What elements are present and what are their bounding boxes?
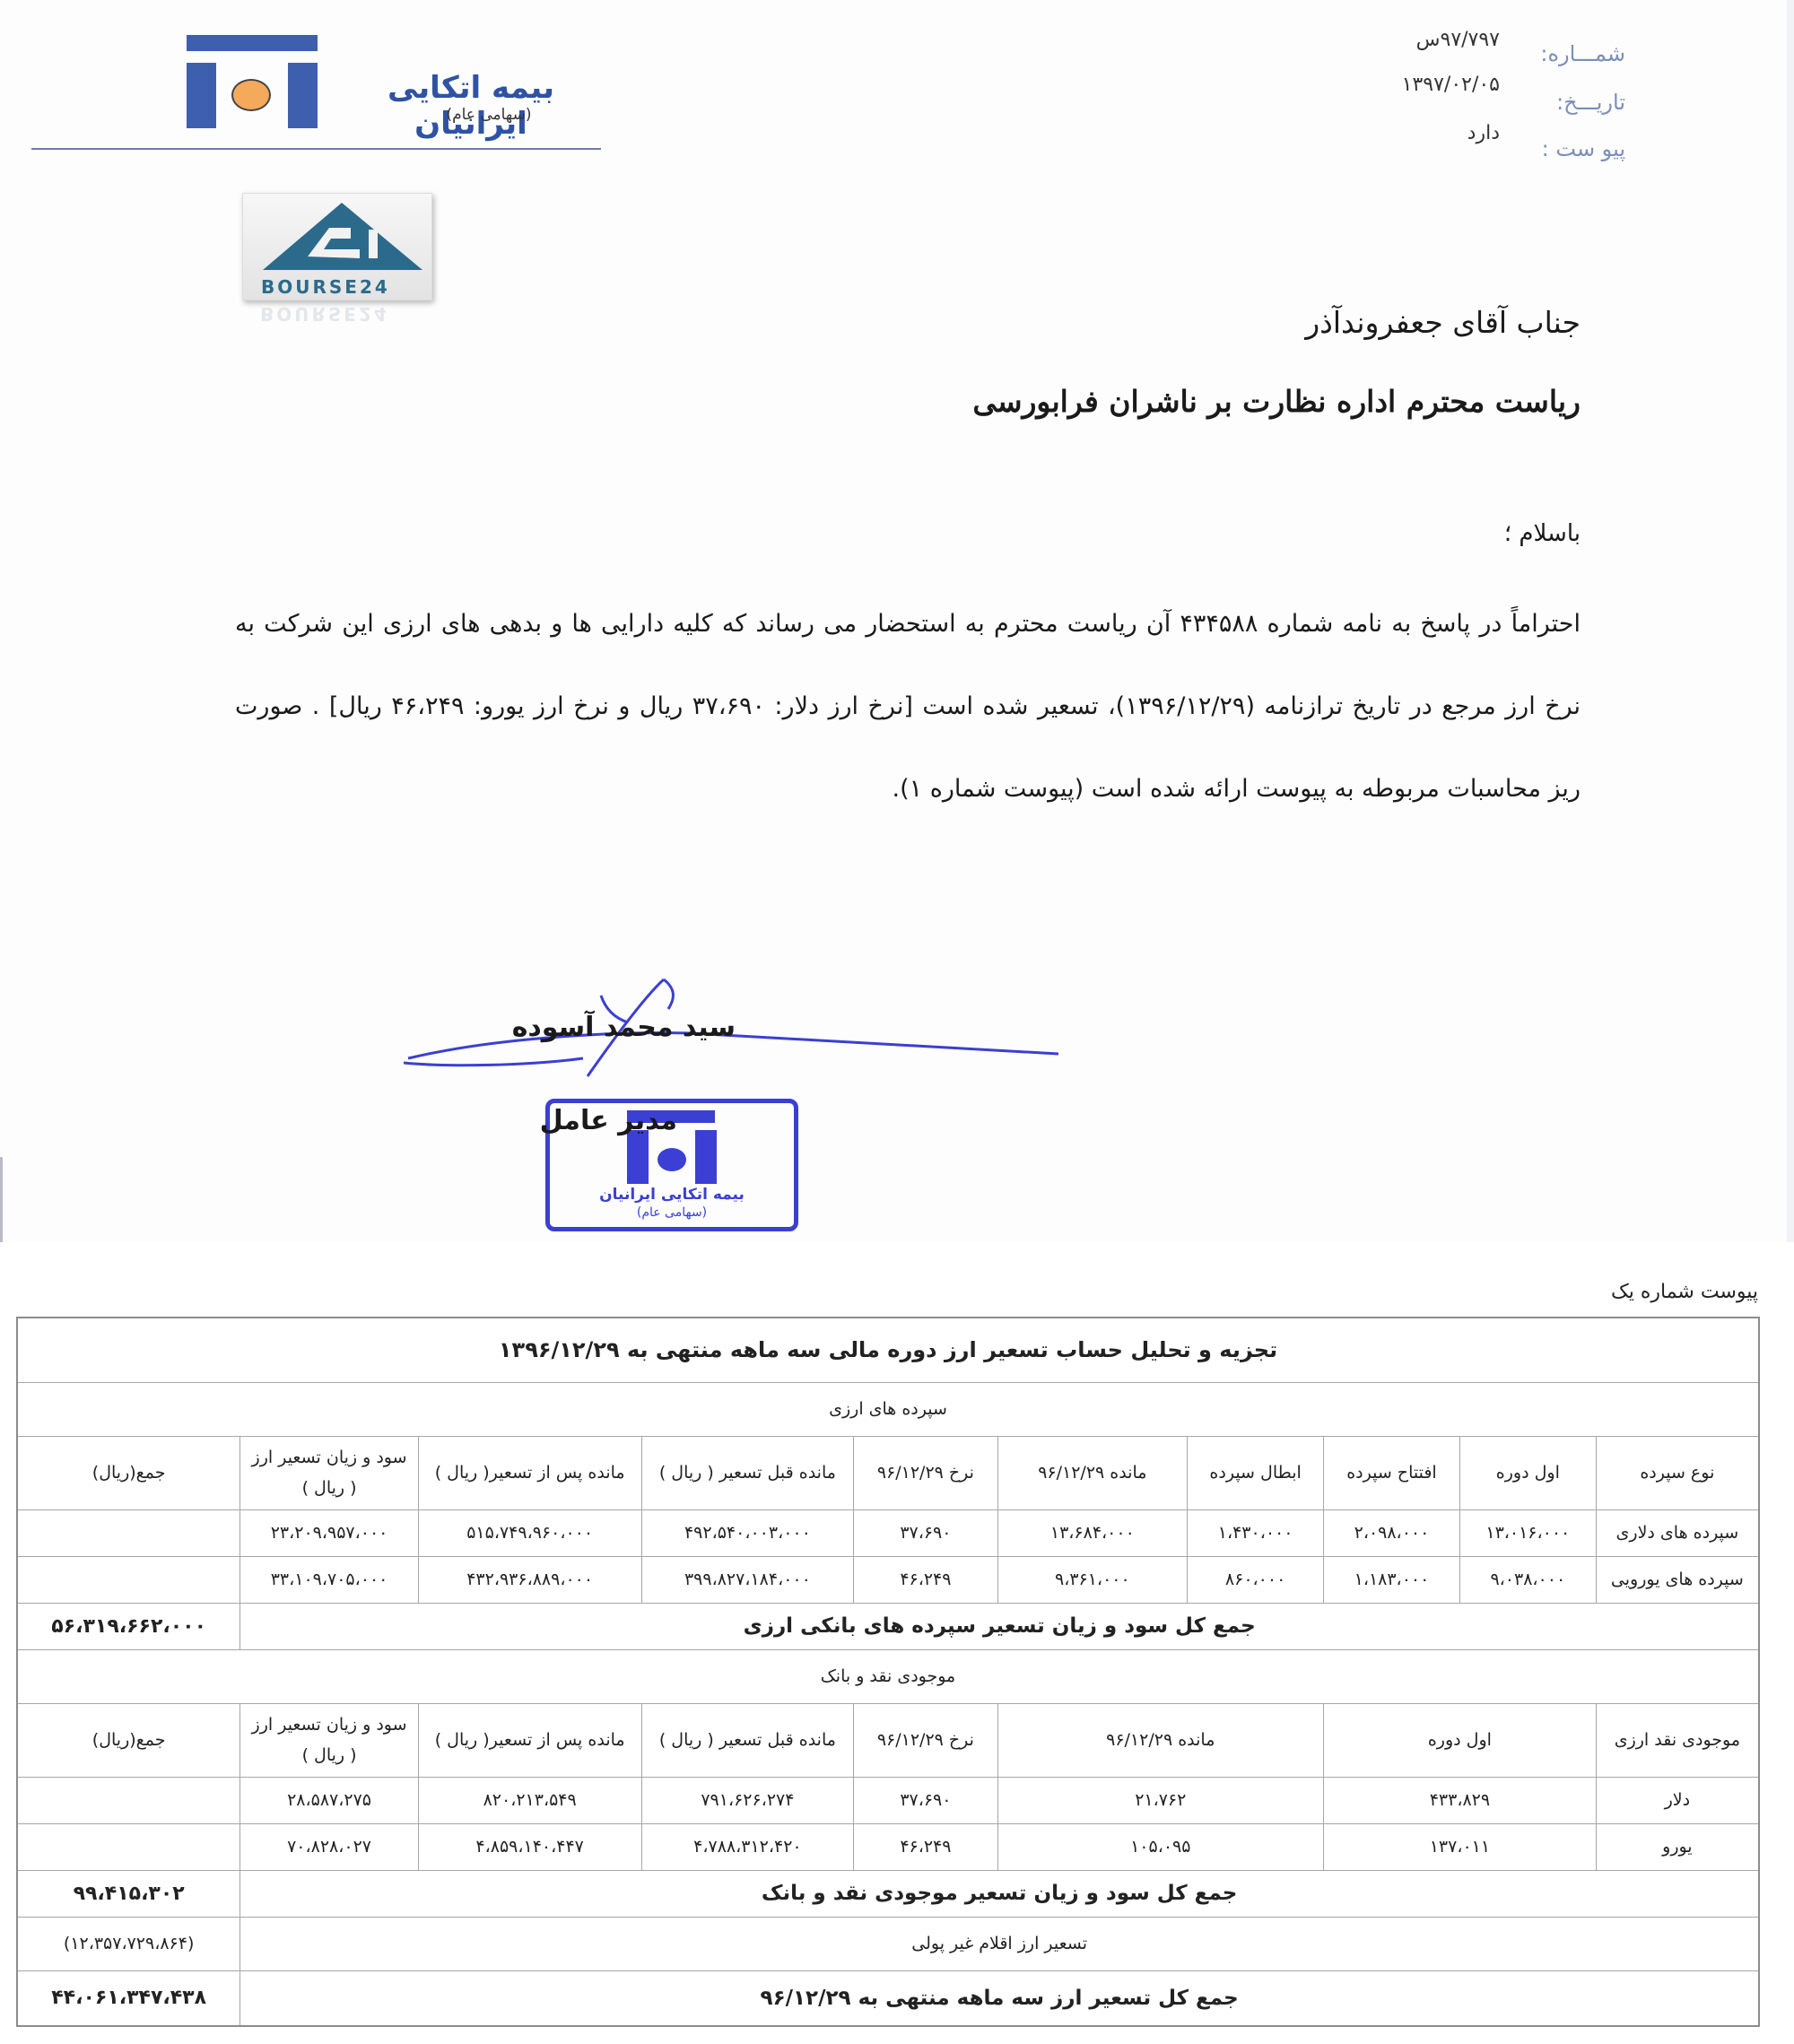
table-cell: ۳۷،۶۹۰: [854, 1777, 997, 1823]
table-cell: دلار: [1596, 1777, 1759, 1823]
table-cell: ۲،۰۹۸،۰۰۰: [1324, 1509, 1460, 1556]
table-cell: ۱،۴۳۰،۰۰۰: [1188, 1509, 1324, 1556]
grand-total-row: جمع کل تسعیر ارز سه ماهه منتهی به ۹۶/۱۲/…: [17, 1970, 1759, 2026]
column-header: اول دوره: [1459, 1436, 1596, 1509]
column-header: مانده ۹۶/۱۲/۲۹: [997, 1436, 1188, 1509]
table-cell: ۱۳۷،۰۱۱: [1324, 1823, 1597, 1870]
stamp-company-name: بیمه اتکایی ایرانیان: [550, 1186, 794, 1204]
column-header: مانده پس از تسعیر( ریال ): [418, 1703, 641, 1777]
column-header: نرخ ۹۶/۱۲/۲۹: [854, 1703, 997, 1777]
table-cell: سپرده های دلاری: [1596, 1509, 1759, 1556]
cash-total-label: جمع کل سود و زیان تسعیر موجودی نقد و بان…: [240, 1870, 1759, 1917]
column-header: نرخ ۹۶/۱۲/۲۹: [854, 1436, 997, 1509]
table-cell: ۴۹۲،۵۴۰،۰۰۳،۰۰۰: [641, 1509, 854, 1556]
table-title-row: تجزیه و تحلیل حساب تسعیر ارز دوره مالی س…: [17, 1318, 1759, 1382]
cash-section-row: موجودی نقد و بانک: [17, 1649, 1759, 1703]
table-cell: ۳۳،۱۰۹،۷۰۵،۰۰۰: [240, 1556, 419, 1603]
page-edge: [0, 1157, 3, 1242]
column-header: ابطال سپرده: [1188, 1436, 1324, 1509]
table-cell: یورو: [1596, 1823, 1759, 1870]
cash-total-row: جمع کل سود و زیان تسعیر موجودی نقد و بان…: [17, 1870, 1759, 1917]
table-cell: سپرده های یورویی: [1596, 1556, 1759, 1603]
column-header: مانده پس از تسعیر( ریال ): [418, 1436, 641, 1509]
table-cell: ۴۳۳،۸۲۹: [1324, 1777, 1597, 1823]
company-type: (سهامی عام): [426, 106, 552, 124]
stamp-logo-right-column: [695, 1130, 717, 1184]
stamp-logo-dot: [658, 1148, 686, 1171]
deposits-total-label: جمع کل سود و زیان تسعیر سپرده های بانکی …: [240, 1603, 1759, 1649]
recipient-office: ریاست محترم اداره نظارت بر ناشران فرابور…: [594, 384, 1581, 419]
table-cell: [17, 1777, 240, 1823]
table-cell: ۴۶،۲۴۹: [854, 1556, 997, 1603]
cash-total-value: ۹۹،۴۱۵،۳۰۲: [17, 1870, 240, 1917]
reference-attachment-row: پیو ست : دارد: [1329, 120, 1625, 156]
table-cell: ۱۳،۰۱۶،۰۰۰: [1459, 1509, 1596, 1556]
logo-top-bar: [187, 35, 318, 51]
reference-date-value: ۱۳۹۷/۰۲/۰۵: [1402, 74, 1500, 96]
letterhead-divider: [31, 148, 601, 150]
logo-left-column: [187, 63, 216, 128]
grand-total-value: ۴۴،۰۶۱،۳۴۷،۴۳۸: [17, 1970, 240, 2026]
deposits-total-row: جمع کل سود و زیان تسعیر سپرده های بانکی …: [17, 1603, 1759, 1649]
appendix-caption: پیوست شماره یک: [1611, 1281, 1758, 1303]
column-header: نوع سپرده: [1596, 1436, 1759, 1509]
column-header: افتتاح سپرده: [1324, 1436, 1460, 1509]
column-header: اول دوره: [1324, 1703, 1597, 1777]
table-cell: ۱۰۵،۰۹۵: [997, 1823, 1324, 1870]
non-monetary-label: تسعیر ارز اقلام غیر پولی: [240, 1917, 1759, 1970]
stamp-company-type: (سهامی عام): [550, 1205, 794, 1220]
fx-translation-table: تجزیه و تحلیل حساب تسعیر ارز دوره مالی س…: [16, 1317, 1760, 2027]
reference-number-value: ۹۷/۷۹۷س: [1416, 29, 1500, 51]
table-row: سپرده های یورویی ۹،۰۳۸،۰۰۰ ۱،۱۸۳،۰۰۰ ۸۶۰…: [17, 1556, 1759, 1603]
reference-attachment-label: پیو ست :: [1542, 136, 1625, 161]
company-logo: بیمه اتکایی ایرانیان (سهامی عام): [184, 32, 605, 131]
column-header: سود و زیان تسعیر ارز ( ریال ): [240, 1703, 419, 1777]
column-header: سود و زیان تسعیر ارز ( ریال ): [240, 1436, 419, 1509]
non-monetary-row: تسعیر ارز اقلام غیر پولی (۱۲،۳۵۷،۷۲۹،۸۶۴…: [17, 1917, 1759, 1970]
logo-orange-dot: [231, 79, 271, 111]
letter-body: احتراماً در پاسخ به نامه شماره ۴۳۴۵۸۸ آن…: [235, 583, 1581, 831]
column-header: مانده ۹۶/۱۲/۲۹: [997, 1703, 1324, 1777]
table-cell: ۴۶،۲۴۹: [854, 1823, 997, 1870]
column-header: مانده قبل تسعیر ( ریال ): [641, 1703, 854, 1777]
bourse24-reflection: BOURSE24: [260, 303, 389, 325]
signatory-name: سید محمد آسوده: [466, 1012, 736, 1043]
reference-date-row: تاریـــخ: ۱۳۹۷/۰۲/۰۵: [1329, 74, 1625, 109]
column-header: جمع(ریال): [17, 1703, 240, 1777]
table-cell: [17, 1556, 240, 1603]
deposits-section-label: سپرده های ارزی: [17, 1382, 1759, 1436]
table-cell: ۹،۰۳۸،۰۰۰: [1459, 1556, 1596, 1603]
logo-right-column: [288, 63, 318, 128]
column-header: موجودی نقد ارزی: [1596, 1703, 1759, 1777]
cash-header-row: موجودی نقد ارزی اول دوره مانده ۹۶/۱۲/۲۹ …: [17, 1703, 1759, 1777]
reference-attachment-value: دارد: [1467, 122, 1500, 144]
table-cell: ۳۹۹،۸۲۷،۱۸۴،۰۰۰: [641, 1556, 854, 1603]
table-cell: ۵۱۵،۷۴۹،۹۶۰،۰۰۰: [418, 1509, 641, 1556]
deposits-total-value: ۵۶،۳۱۹،۶۶۲،۰۰۰: [17, 1603, 240, 1649]
addressee: جناب آقای جعفروندآذر: [773, 305, 1581, 340]
table-cell: ۴،۸۵۹،۱۴۰،۴۴۷: [418, 1823, 641, 1870]
table-row: یورو ۱۳۷،۰۱۱ ۱۰۵،۰۹۵ ۴۶،۲۴۹ ۴،۷۸۸،۳۱۲،۴۲…: [17, 1823, 1759, 1870]
table-cell: ۹،۳۶۱،۰۰۰: [997, 1556, 1188, 1603]
greeting: باسلام ؛: [1222, 520, 1581, 547]
table-row: سپرده های دلاری ۱۳،۰۱۶،۰۰۰ ۲،۰۹۸،۰۰۰ ۱،۴…: [17, 1509, 1759, 1556]
table-cell: ۱۳،۶۸۴،۰۰۰: [997, 1509, 1188, 1556]
table-cell: ۸۶۰،۰۰۰: [1188, 1556, 1324, 1603]
table-cell: ۳۷،۶۹۰: [854, 1509, 997, 1556]
grand-total-label: جمع کل تسعیر ارز سه ماهه منتهی به ۹۶/۱۲/…: [240, 1970, 1759, 2026]
cash-section-label: موجودی نقد و بانک: [17, 1649, 1759, 1703]
table-row: دلار ۴۳۳،۸۲۹ ۲۱،۷۶۲ ۳۷،۶۹۰ ۷۹۱،۶۲۶،۲۷۴ ۸…: [17, 1777, 1759, 1823]
table-title: تجزیه و تحلیل حساب تسعیر ارز دوره مالی س…: [17, 1318, 1759, 1382]
reference-number-row: شمـــاره: ۹۷/۷۹۷س: [1329, 29, 1625, 65]
table-cell: [17, 1823, 240, 1870]
stamp-logo-left-column: [627, 1130, 649, 1184]
table-cell: ۴،۷۸۸،۳۱۲،۴۲۰: [641, 1823, 854, 1870]
table-cell: ۲۱،۷۶۲: [997, 1777, 1324, 1823]
column-header: مانده قبل تسعیر ( ریال ): [641, 1436, 854, 1509]
column-header: جمع(ریال): [17, 1436, 240, 1509]
table-cell: ۸۲۰،۲۱۳،۵۴۹: [418, 1777, 641, 1823]
deposits-header-row: نوع سپرده اول دوره افتتاح سپرده ابطال سپ…: [17, 1436, 1759, 1509]
reference-number-label: شمـــاره:: [1540, 41, 1625, 66]
bourse24-watermark: BOURSE24: [242, 193, 432, 300]
deposits-section-row: سپرده های ارزی: [17, 1382, 1759, 1436]
table-cell: ۷۹۱،۶۲۶،۲۷۴: [641, 1777, 854, 1823]
non-monetary-value: (۱۲،۳۵۷،۷۲۹،۸۶۴): [17, 1917, 240, 1970]
table-cell: ۴۳۲،۹۳۶،۸۸۹،۰۰۰: [418, 1556, 641, 1603]
table-cell: ۲۸،۵۸۷،۲۷۵: [240, 1777, 419, 1823]
table-cell: ۷۰،۸۲۸،۰۲۷: [240, 1823, 419, 1870]
table-cell: ۲۳،۲۰۹،۹۵۷،۰۰۰: [240, 1509, 419, 1556]
signatory-title: مدیر عامل: [525, 1105, 677, 1136]
table-cell: ۱،۱۸۳،۰۰۰: [1324, 1556, 1460, 1603]
bourse24-text: BOURSE24: [261, 276, 390, 298]
reference-date-label: تاریـــخ:: [1556, 90, 1625, 115]
letter-page: بیمه اتکایی ایرانیان (سهامی عام) شمـــار…: [0, 0, 1794, 1242]
table-cell: [17, 1509, 240, 1556]
